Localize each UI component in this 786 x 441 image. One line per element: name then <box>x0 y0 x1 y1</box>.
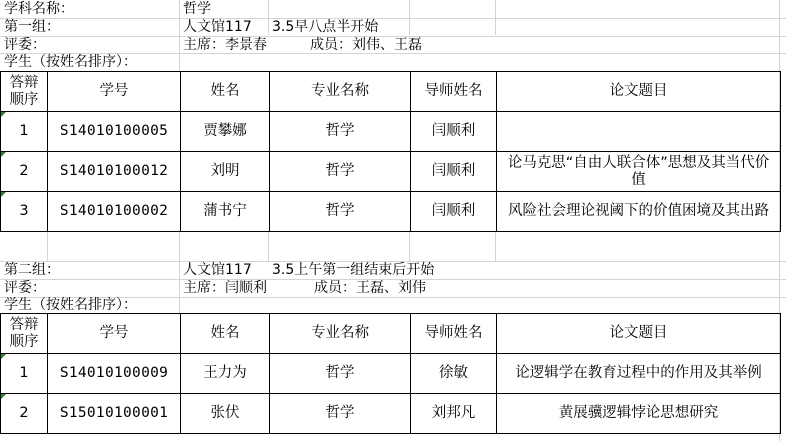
header-student-id[interactable]: 学号 <box>48 72 181 112</box>
cell-advisor[interactable]: 徐敏 <box>411 354 497 394</box>
subject-label: 学科名称： <box>0 0 179 18</box>
group2-students-label: 学生（按姓名排序）： <box>0 297 179 313</box>
cell-student-id[interactable]: S15010100001 <box>48 394 181 434</box>
cell-order[interactable]: 3 <box>1 192 48 232</box>
cell-advisor[interactable]: 刘邦凡 <box>411 394 497 434</box>
cell-major[interactable]: 哲学 <box>270 152 411 192</box>
cell-advisor[interactable]: 闫顺利 <box>411 192 497 232</box>
comment-marker-icon <box>1 192 6 197</box>
cell-name[interactable]: 王力为 <box>181 354 270 394</box>
table-row: 2 S15010100001 张伏 哲学 刘邦凡 黄展骥逻辑悖论思想研究 <box>1 394 781 434</box>
cell-order[interactable]: 1 <box>1 112 48 152</box>
cell-name[interactable]: 蒲书宁 <box>181 192 270 232</box>
group1-chair[interactable]: 主席：李景春 <box>179 36 299 53</box>
group2-table: 答辩顺序 学号 姓名 专业名称 导师姓名 论文题目 1 S14010100009… <box>0 313 781 434</box>
group2-room[interactable]: 人文馆117 <box>179 261 268 279</box>
group1-committee-label: 评委： <box>0 36 179 53</box>
cell-student-id[interactable]: S14010100009 <box>48 354 181 394</box>
cell-thesis[interactable]: 论马克思“自由人联合体”思想及其当代价值 <box>497 152 781 192</box>
table-row: 1 S14010100009 王力为 哲学 徐敏 论逻辑学在教育过程中的作用及其… <box>1 354 781 394</box>
header-advisor[interactable]: 导师姓名 <box>411 314 497 354</box>
cell-name[interactable]: 刘明 <box>181 152 270 192</box>
header-major[interactable]: 专业名称 <box>270 72 411 112</box>
header-student-id[interactable]: 学号 <box>48 314 181 354</box>
cell-thesis[interactable]: 论逻辑学在教育过程中的作用及其举例 <box>497 354 781 394</box>
header-name[interactable]: 姓名 <box>181 72 270 112</box>
header-thesis[interactable]: 论文题目 <box>497 72 781 112</box>
cell-major[interactable]: 哲学 <box>270 192 411 232</box>
group1-room[interactable]: 人文馆117 <box>179 18 268 36</box>
cell-student-id[interactable]: S14010100005 <box>48 112 181 152</box>
cell-major[interactable]: 哲学 <box>270 112 411 152</box>
cell-student-id[interactable]: S14010100012 <box>48 152 181 192</box>
cell-thesis[interactable]: 黄展骥逻辑悖论思想研究 <box>497 394 781 434</box>
header-major[interactable]: 专业名称 <box>270 314 411 354</box>
group2-committee-label: 评委： <box>0 279 179 297</box>
group2-label: 第二组： <box>0 261 179 279</box>
group1-students-label: 学生（按姓名排序）： <box>0 53 179 71</box>
cell-thesis[interactable] <box>497 112 781 152</box>
group1-table: 答辩顺序 学号 姓名 专业名称 导师姓名 论文题目 1 S14010100005… <box>0 71 781 232</box>
cell-thesis[interactable]: 风险社会理论视阈下的价值困境及其出路 <box>497 192 781 232</box>
cell-order[interactable]: 2 <box>1 394 48 434</box>
cell-name[interactable]: 张伏 <box>181 394 270 434</box>
cell-name[interactable]: 贾攀娜 <box>181 112 270 152</box>
header-order[interactable]: 答辩顺序 <box>1 72 48 112</box>
cell-advisor[interactable]: 闫顺利 <box>411 112 497 152</box>
group1-time[interactable]: 3.5早八点半开始 <box>268 18 488 36</box>
header-advisor[interactable]: 导师姓名 <box>411 72 497 112</box>
header-order[interactable]: 答辩顺序 <box>1 314 48 354</box>
comment-marker-icon <box>1 394 6 399</box>
cell-major[interactable]: 哲学 <box>270 354 411 394</box>
table-row: 3 S14010100002 蒲书宁 哲学 闫顺利 风险社会理论视阈下的价值困境… <box>1 192 781 232</box>
table-header-row: 答辩顺序 学号 姓名 专业名称 导师姓名 论文题目 <box>1 314 781 354</box>
subject-value[interactable]: 哲学 <box>179 0 268 18</box>
group1-label: 第一组： <box>0 18 179 36</box>
group1-members[interactable]: 成员：刘伟、王磊 <box>310 36 490 53</box>
group2-chair[interactable]: 主席：闫顺利 <box>179 279 299 297</box>
cell-order[interactable]: 1 <box>1 354 48 394</box>
group2-time[interactable]: 3.5上午第一组结束后开始 <box>268 261 508 279</box>
comment-marker-icon <box>1 152 6 157</box>
comment-marker-icon <box>1 354 6 359</box>
cell-order[interactable]: 2 <box>1 152 48 192</box>
table-row: 1 S14010100005 贾攀娜 哲学 闫顺利 <box>1 112 781 152</box>
comment-marker-icon <box>1 112 6 117</box>
cell-advisor[interactable]: 闫顺利 <box>411 152 497 192</box>
cell-major[interactable]: 哲学 <box>270 394 411 434</box>
table-row: 2 S14010100012 刘明 哲学 闫顺利 论马克思“自由人联合体”思想及… <box>1 152 781 192</box>
group2-members[interactable]: 成员：王磊、刘伟 <box>314 279 494 297</box>
cell-student-id[interactable]: S14010100002 <box>48 192 181 232</box>
table-header-row: 答辩顺序 学号 姓名 专业名称 导师姓名 论文题目 <box>1 72 781 112</box>
header-name[interactable]: 姓名 <box>181 314 270 354</box>
header-thesis[interactable]: 论文题目 <box>497 314 781 354</box>
